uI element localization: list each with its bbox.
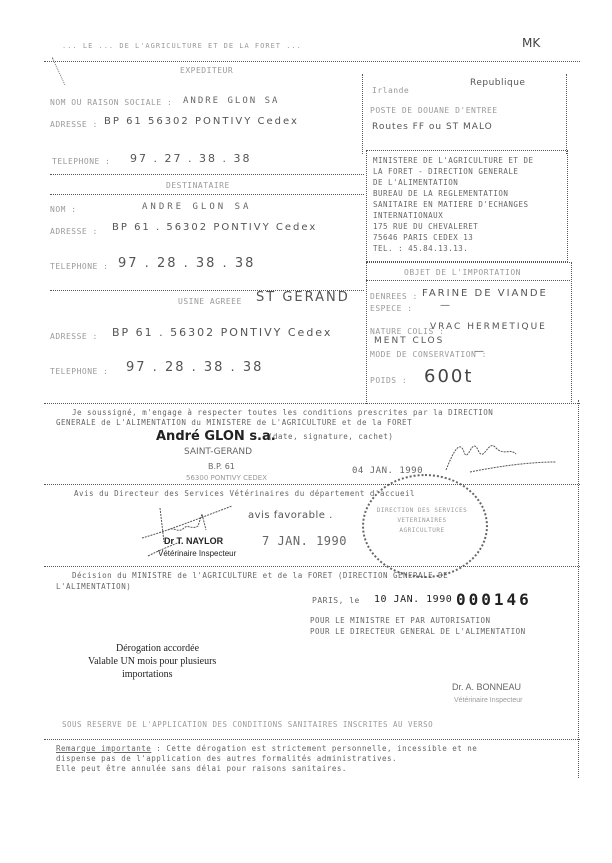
destinataire-name-label: NOM :: [50, 205, 77, 214]
usine-title-value: ST GERAND: [256, 290, 350, 305]
vet-divider-bottom: [44, 566, 580, 567]
espece-value: —: [440, 300, 452, 311]
reserve-line: SOUS RESERVE DE L'APPLICATION DES CONDIT…: [62, 720, 433, 729]
engagement-line-1: Je soussigné, m'engage à respecter toute…: [72, 408, 493, 417]
sender-phone-value: 97 . 27 . 38 . 38: [130, 152, 251, 165]
request-origin-value: Republique: [470, 78, 525, 88]
remark-line-1: Remarque importante : Cette dérogation e…: [56, 744, 477, 753]
usine-title: USINE AGREEE: [178, 297, 242, 306]
decision-date: 10 JAN. 1990: [374, 594, 452, 605]
sender-name-value: ANDRE GLON SA: [183, 96, 279, 106]
destinataire-title-divider: [50, 194, 364, 195]
ministry-line: SANITAIRE EN MATIERE D'ECHANGES: [373, 199, 534, 210]
decision-authorization-2: POUR LE DIRECTEUR GENERAL DE L'ALIMENTAT…: [310, 627, 526, 636]
engagement-signature: [440, 430, 560, 480]
poids-label: POIDS :: [370, 376, 407, 385]
decision-line-2: L'ALIMENTATION): [56, 582, 131, 591]
remark-line-3: Elle peut être annulée sans délai pour r…: [56, 764, 347, 773]
denrees-value: FARINE DE VIANDE: [422, 288, 548, 299]
remark-label: Remarque importante: [56, 744, 151, 753]
decision-signer-title: Vétérinaire Inspecteur: [454, 697, 522, 704]
destinataire-title: DESTINATAIRE: [166, 181, 230, 190]
denrees-label: DENREES :: [370, 292, 418, 301]
official-stamp-text: DIRECTION DES SERVICES VETERINAIRES AGRI…: [374, 506, 470, 536]
request-customs-label: POSTE DE DOUANE D'ENTREE: [370, 106, 498, 115]
reserve-divider: [44, 739, 580, 740]
usine-address-value: BP 61 . 56302 PONTIVY Cedex: [112, 326, 332, 339]
vet-opinion-handwritten: avis favorable .: [248, 510, 333, 521]
nature-colis-value-2: MENT CLOS: [374, 336, 444, 346]
engagement-divider-top: [44, 403, 580, 404]
sender-phone-label: TELEPHONE :: [52, 157, 110, 166]
decision-authorization-1: POUR LE MINISTRE ET PAR AUTORISATION: [310, 616, 491, 625]
ministry-line: 75646 PARIS CEDEX 13: [373, 232, 534, 243]
usine-phone-value: 97 . 28 . 38 . 38: [126, 360, 263, 375]
header-top-line: ... LE ... DE L'AGRICULTURE ET DE LA FOR…: [62, 42, 482, 50]
ministry-address-box: MINISTERE DE L'AGRICULTURE ET DE LA FORE…: [366, 150, 568, 262]
destinataire-address-value: BP 61 . 56302 PONTIVY Cedex: [112, 222, 317, 233]
ministry-line: MINISTERE DE L'AGRICULTURE ET DE: [373, 155, 534, 166]
ministry-line: INTERNATIONAUX: [373, 210, 534, 221]
expediteur-label: EXPEDITEUR: [180, 66, 233, 75]
remark-text-1: : Cette dérogation est strictement perso…: [151, 744, 477, 753]
page-right-border: [578, 400, 579, 778]
sender-name-label: NOM OU RAISON SOCIALE :: [50, 98, 172, 107]
destinataire-phone-value: 97 . 28 . 38 . 38: [118, 256, 255, 271]
decision-line-1: Décision du MINISTRE de l'AGRICULTURE et…: [72, 571, 448, 580]
company-stamp-name: André GLON s.a.: [156, 429, 276, 444]
ministry-line: TEL. : 45.84.13.13.: [373, 243, 534, 254]
ministry-line: BUREAU DE LA REGLEMENTATION: [373, 188, 534, 199]
vet-signer-title: Vétérinaire Inspecteur: [158, 549, 236, 558]
request-origin-label: Irlande: [372, 86, 409, 95]
destinataire-name-value: ANDRE GLON SA: [142, 202, 251, 212]
engagement-line-2: GENERALE de L'ALIMENTATION du MINISTERE …: [56, 418, 412, 427]
conservation-value: —: [474, 346, 486, 357]
espece-label: ESPECE :: [370, 304, 413, 313]
derogation-line-3: importations: [122, 669, 173, 680]
vet-opinion-line: Avis du Directeur des Services Vétérinai…: [74, 489, 415, 498]
company-stamp-zip: 56300 PONTIVY CEDEX: [186, 474, 267, 482]
decision-number: 000146: [456, 590, 532, 609]
document-page: { "header": { "top_line": "... LE ... DE…: [0, 0, 612, 863]
header-initials: MK: [522, 36, 540, 50]
derogation-line-1: Dérogation accordée: [116, 643, 199, 654]
destinataire-phone-label: TELEPHONE :: [50, 262, 108, 271]
decision-place-prefix: PARIS, le: [312, 596, 360, 605]
remark-line-2: dispense pas de l'application des autres…: [56, 754, 397, 763]
usine-phone-label: TELEPHONE :: [50, 367, 108, 376]
conservation-label: MODE DE CONSERVATION :: [370, 350, 487, 359]
date-signature-cachet-label: (date, signature, cachet): [268, 432, 393, 441]
request-customs-value: Routes FF ou ST MALO: [372, 122, 493, 132]
usine-address-label: ADRESSE :: [50, 332, 98, 341]
vet-signer-name: Dr T. NAYLOR: [164, 536, 223, 546]
ministry-line: LA FORET - DIRECTION GENERALE: [373, 166, 534, 177]
sender-address-label: ADRESSE :: [50, 120, 98, 129]
import-object-title: OBJET DE L'IMPORTATION: [404, 268, 521, 277]
ministry-line: DE L'ALIMENTATION: [373, 177, 534, 188]
poids-value: 600t: [424, 366, 473, 387]
derogation-line-2: Valable UN mois pour plusieurs: [88, 656, 216, 667]
engagement-divider-bottom: [44, 484, 580, 485]
company-stamp-city: SAINT-GERAND: [184, 447, 252, 457]
nature-colis-value: VRAC HERMETIQUE: [430, 322, 547, 332]
header-divider: [44, 61, 580, 62]
import-object-title-divider: [366, 280, 570, 281]
destinataire-address-label: ADRESSE :: [50, 227, 98, 236]
request-box-right-border: [566, 74, 567, 154]
decision-signer-name: Dr. A. BONNEAU: [452, 682, 521, 692]
company-stamp-bp: B.P. 61: [208, 462, 235, 471]
ministry-line: 175 RUE DU CHEVALERET: [373, 221, 534, 232]
request-box-left-border: [362, 74, 363, 154]
sender-divider: [50, 174, 364, 175]
sender-address-value: BP 61 56302 PONTIVY Cedex: [104, 116, 299, 127]
vet-opinion-date: 7 JAN. 1990: [262, 534, 347, 548]
